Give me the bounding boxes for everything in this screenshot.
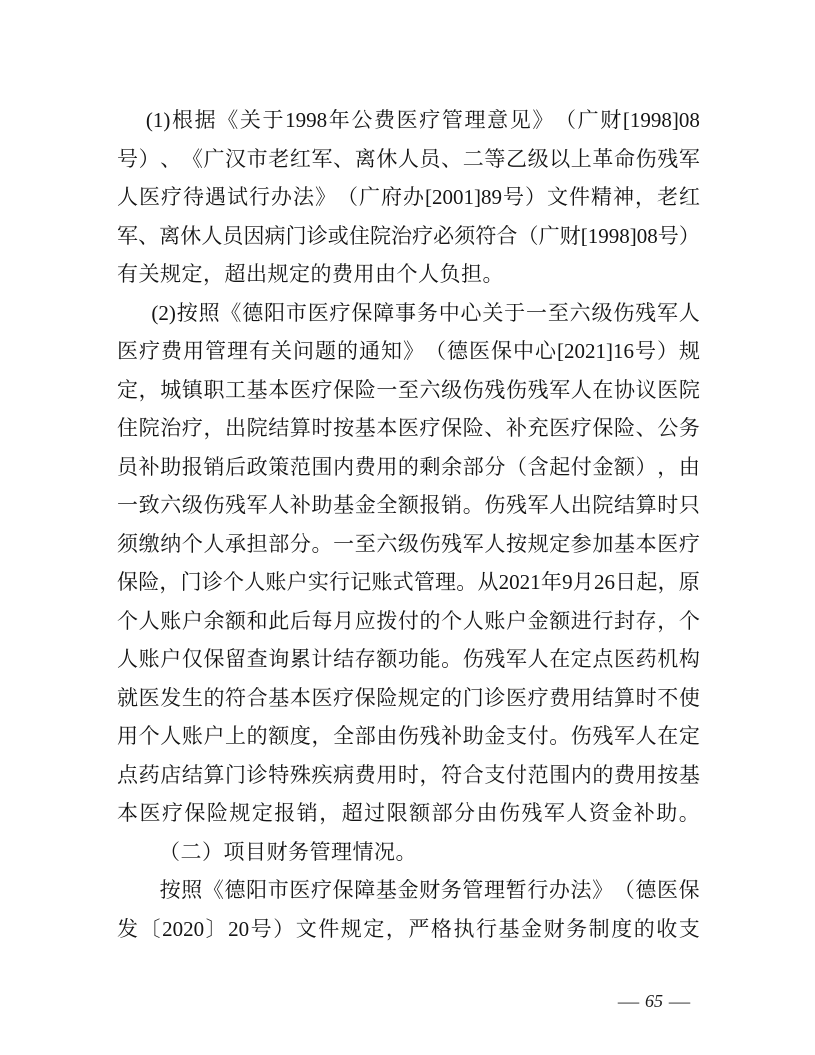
document-body: (1)根据《关于1998年公费医疗管理意见》（广财[1998]08号）、《广汉市… (117, 101, 700, 948)
text-line-4: 军、离休人员因病门诊或住院治疗必须符合（广财[1998]08号） (117, 217, 700, 256)
text-line-7: 医疗费用管理有关问题的通知》（德医保中心[2021]16号）规 (117, 332, 700, 371)
text-line-21: 按照《德阳市医疗保障基金财务管理暂行办法》（德医保 (117, 871, 700, 910)
footer-left-dash: — (618, 992, 639, 1012)
text-line-6: (2)按照《德阳市医疗保障事务中心关于一至六级伤残军人 (117, 294, 700, 333)
text-line-20: （二）项目财务管理情况。 (117, 833, 700, 872)
text-line-18: 点药店结算门诊特殊疾病费用时，符合支付范围内的费用按基 (117, 756, 700, 795)
text-line-19: 本医疗保险规定报销，超过限额部分由伤残军人资金补助。 (117, 794, 700, 833)
text-line-2: 号）、《广汉市老红军、离休人员、二等乙级以上革命伤残军 (117, 140, 700, 179)
text-line-5: 有关规定，超出规定的费用由个人负担。 (117, 255, 700, 294)
text-line-12: 须缴纳个人承担部分。一至六级伤残军人按规定参加基本医疗 (117, 525, 700, 564)
text-line-14: 个人账户余额和此后每月应拨付的个人账户金额进行封存，个 (117, 602, 700, 641)
text-line-9: 住院治疗，出院结算时按基本医疗保险、补充医疗保险、公务 (117, 409, 700, 448)
text-line-13: 保险，门诊个人账户实行记账式管理。从2021年9月26日起，原 (117, 563, 700, 602)
text-line-11: 一致六级伤残军人补助基金全额报销。伤残军人出院结算时只 (117, 486, 700, 525)
document-page: (1)根据《关于1998年公费医疗管理意见》（广财[1998]08号）、《广汉市… (0, 0, 815, 1055)
text-line-16: 就医发生的符合基本医疗保险规定的门诊医疗费用结算时不使 (117, 679, 700, 718)
text-line-15: 人账户仅保留查询累计结存额功能。伤残军人在定点医药机构 (117, 640, 700, 679)
text-line-1: (1)根据《关于1998年公费医疗管理意见》（广财[1998]08 (117, 101, 700, 140)
text-line-8: 定，城镇职工基本医疗保险一至六级伤残伤残军人在协议医院 (117, 371, 700, 410)
page-number: 65 (645, 991, 663, 1012)
text-line-3: 人医疗待遇试行办法》（广府办[2001]89号）文件精神，老红 (117, 178, 700, 217)
text-line-22: 发〔2020〕20号）文件规定，严格执行基金财务制度的收支 (117, 910, 700, 949)
page-footer: — 65 — (620, 991, 688, 1012)
text-line-17: 用个人账户上的额度，全部由伤残补助金支付。伤残军人在定 (117, 717, 700, 756)
footer-right-dash: — (669, 992, 690, 1012)
text-line-10: 员补助报销后政策范围内费用的剩余部分（含起付金额），由 (117, 448, 700, 487)
